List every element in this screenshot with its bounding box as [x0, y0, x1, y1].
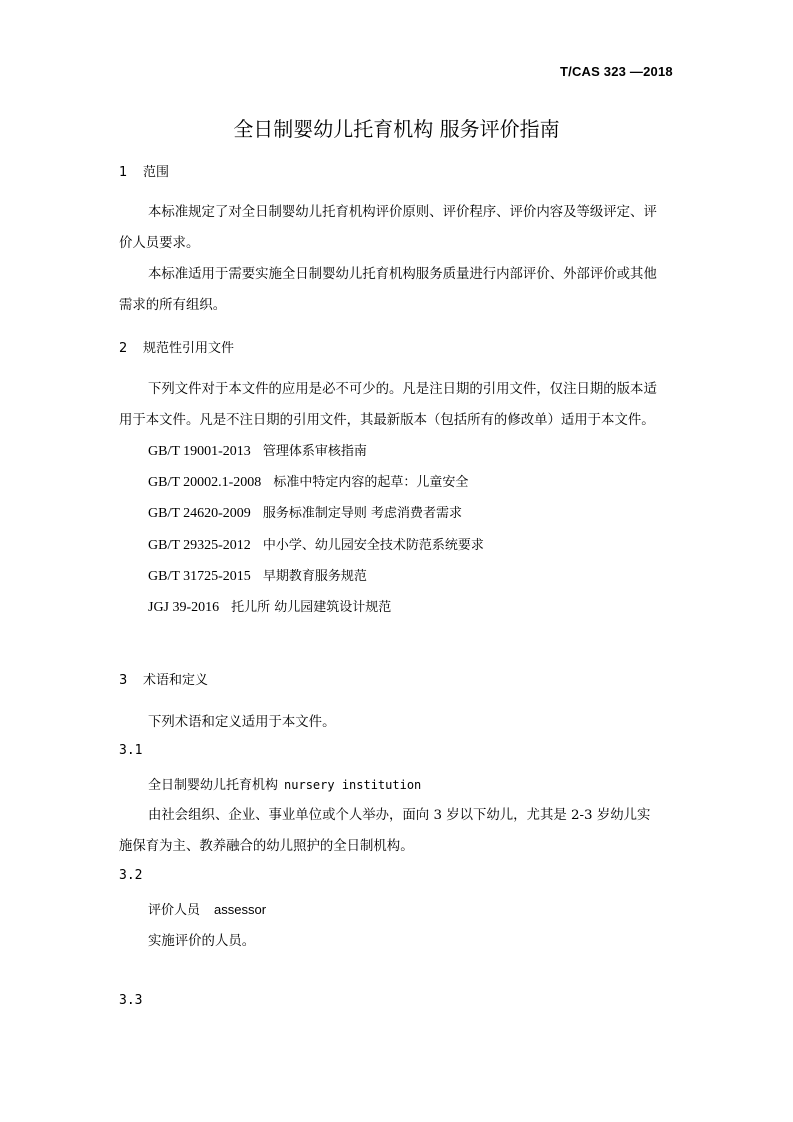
term-number: 3.3: [119, 993, 142, 1008]
paragraph-line: 用于本文件。凡是不注日期的引用文件，其最新版本（包括所有的修改单）适用于本文件。: [119, 409, 655, 428]
section-number: 3: [119, 673, 143, 688]
reference-item: GB/T 24620-2009服务标准制定导则 考虑消费者需求: [148, 502, 462, 522]
reference-name: 托儿所 幼儿园建筑设计规范: [231, 600, 391, 615]
reference-item: GB/T 31725-2015早期教育服务规范: [148, 565, 367, 585]
term-number: 3.2: [119, 868, 142, 883]
section-title: 范围: [143, 165, 169, 180]
term-heading: 全日制婴幼儿托育机构nursery institution: [148, 774, 421, 793]
term-heading: 评价人员assessor: [148, 899, 266, 918]
reference-item: GB/T 29325-2012中小学、幼儿园安全技术防范系统要求: [148, 534, 484, 554]
section-number: 2: [119, 341, 143, 356]
term-en: assessor: [214, 902, 266, 917]
reference-name: 标准中特定内容的起草：儿童安全: [273, 475, 468, 490]
standard-code: T/CAS 323 —2018: [560, 64, 673, 79]
reference-id: GB/T 31725-2015: [148, 569, 251, 585]
reference-item: GB/T 20002.1-2008标准中特定内容的起草：儿童安全: [148, 471, 468, 491]
section-title: 术语和定义: [143, 673, 208, 688]
reference-id: JGJ 39-2016: [148, 600, 219, 616]
paragraph-line: 价人员要求。: [119, 232, 199, 251]
reference-name: 服务标准制定导则 考虑消费者需求: [263, 506, 462, 521]
reference-name: 管理体系审核指南: [263, 444, 367, 459]
reference-item: GB/T 19001-2013管理体系审核指南: [148, 440, 367, 460]
paragraph-line: 本标准规定了对全日制婴幼儿托育机构评价原则、评价程序、评价内容及等级评定、评: [148, 201, 657, 220]
reference-name: 早期教育服务规范: [263, 569, 367, 584]
document-title: 全日制婴幼儿托育机构 服务评价指南: [0, 113, 793, 142]
term-en: nursery institution: [284, 778, 421, 792]
term-number: 3.1: [119, 743, 142, 758]
section-number: 1: [119, 165, 143, 180]
definition-line: 施保育为主、教养融合的幼儿照护的全日制机构。: [119, 835, 414, 854]
paragraph-line: 下列术语和定义适用于本文件。: [148, 711, 335, 730]
reference-id: GB/T 19001-2013: [148, 444, 251, 460]
reference-id: GB/T 29325-2012: [148, 538, 251, 554]
reference-id: GB/T 24620-2009: [148, 506, 251, 522]
section-title: 规范性引用文件: [143, 341, 234, 356]
section-1-heading: 1范围: [119, 161, 169, 180]
definition-line: 由社会组织、企业、事业单位或个人举办，面向 3 岁以下幼儿，尤其是 2-3 岁幼…: [148, 804, 650, 823]
definition-line: 实施评价的人员。: [148, 930, 255, 949]
term-zh: 评价人员: [148, 903, 200, 918]
reference-name: 中小学、幼儿园安全技术防范系统要求: [263, 538, 484, 553]
reference-item: JGJ 39-2016托儿所 幼儿园建筑设计规范: [148, 596, 391, 616]
paragraph-line: 需求的所有组织。: [119, 294, 226, 313]
section-3-heading: 3术语和定义: [119, 669, 208, 688]
paragraph-line: 下列文件对于本文件的应用是必不可少的。凡是注日期的引用文件，仅注日期的版本适: [148, 378, 657, 397]
section-2-heading: 2规范性引用文件: [119, 337, 234, 356]
term-zh: 全日制婴幼儿托育机构: [148, 778, 278, 793]
paragraph-line: 本标准适用于需要实施全日制婴幼儿托育机构服务质量进行内部评价、外部评价或其他: [148, 263, 657, 282]
reference-id: GB/T 20002.1-2008: [148, 475, 261, 491]
